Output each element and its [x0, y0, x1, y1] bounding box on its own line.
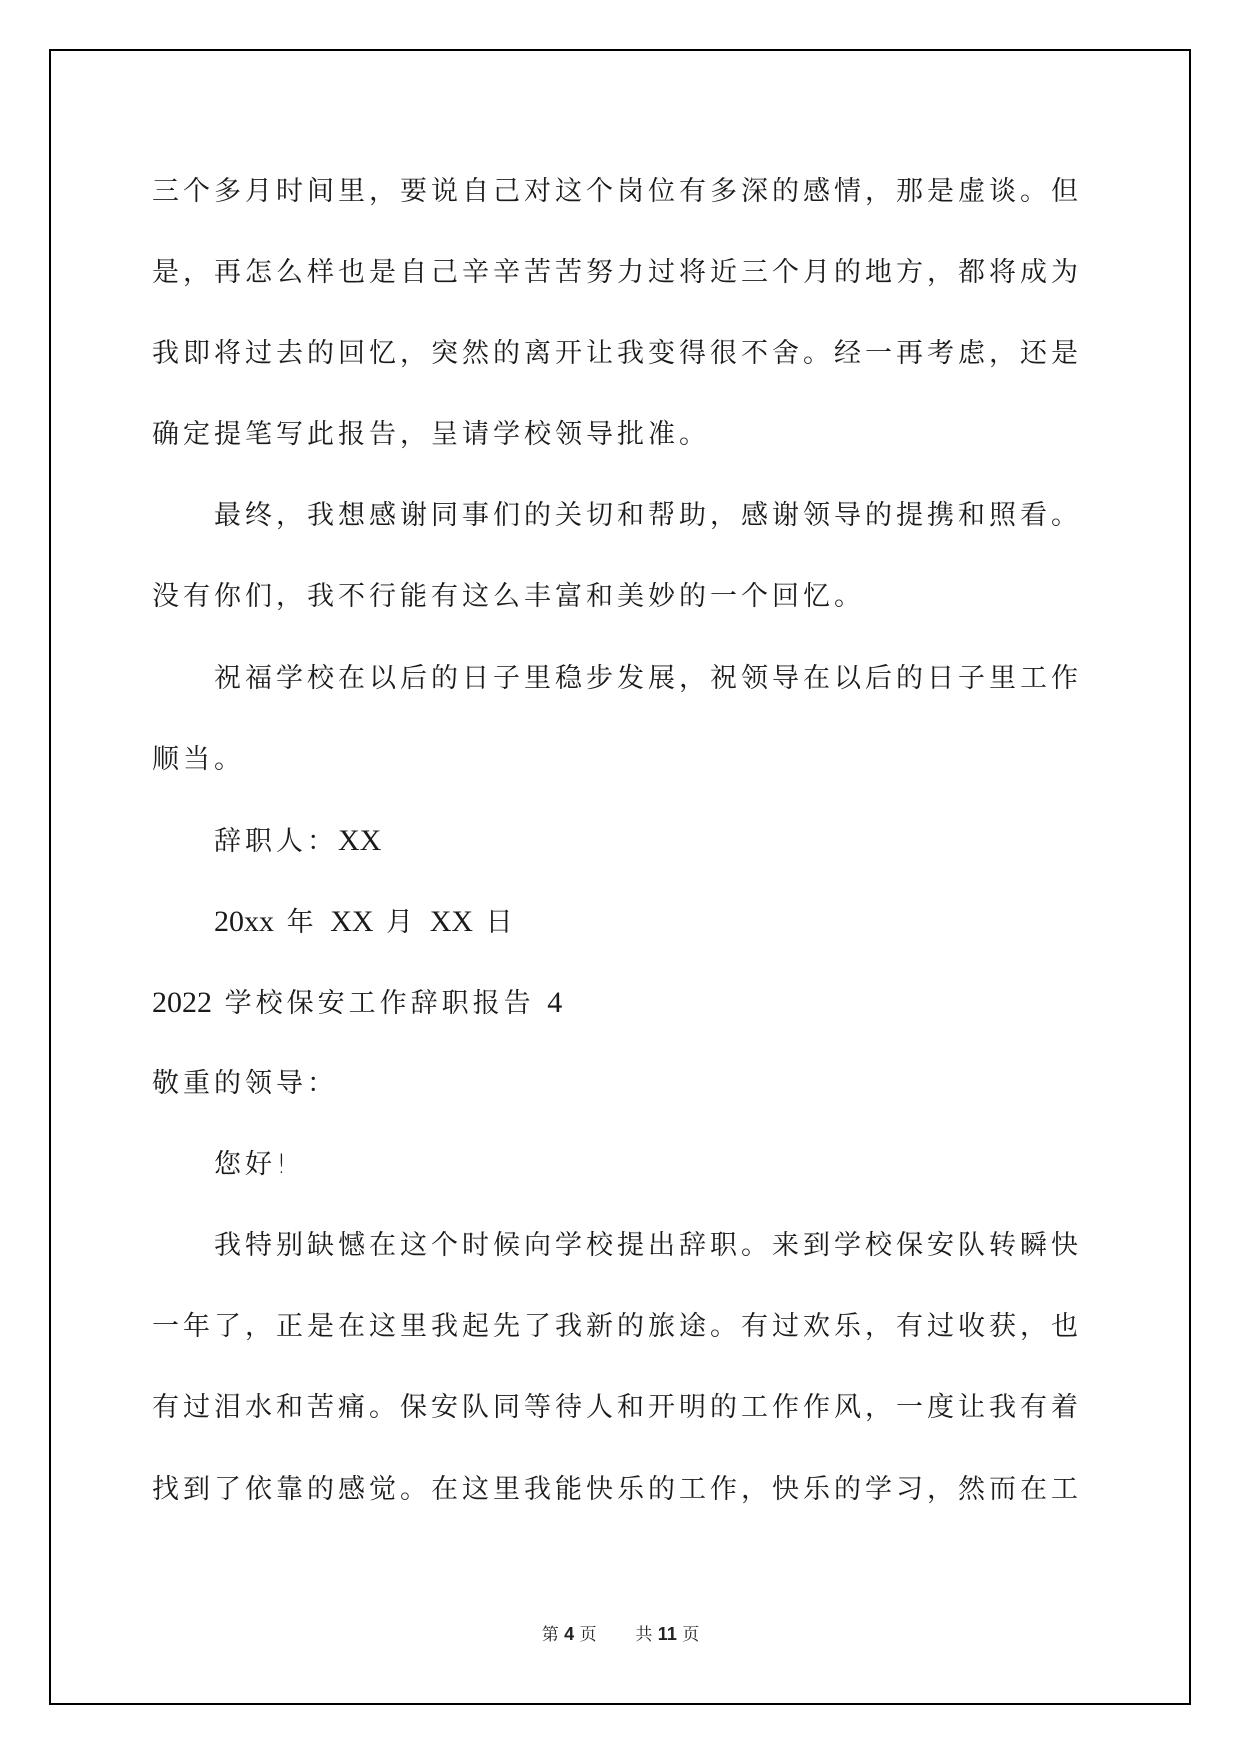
signature-name: XX [338, 824, 381, 857]
paragraph-line: 祝福学校在以后的日子里稳步发展，祝领导在以后的日子里工作 [152, 638, 1102, 719]
total-prefix: 共 [635, 1625, 652, 1645]
date-month: XX [330, 905, 373, 938]
section-title-number: 4 [547, 986, 562, 1019]
paragraph-line: 没有你们，我不行能有这么丰富和美妙的一个回忆。 [152, 556, 1102, 637]
signature-line: 辞职人：XX [152, 800, 1102, 881]
date-day: XX [430, 905, 473, 938]
date-line: 20xx 年 XX 月 XX 日 [152, 881, 1102, 962]
greeting: 您好! [152, 1124, 1102, 1205]
paragraph-line: 我特别缺憾在这个时候向学校提出辞职。来到学校保安队转瞬快 [152, 1205, 1102, 1286]
paragraph-line: 有过泪水和苦痛。保安队同等待人和开明的工作作风，一度让我有着 [152, 1367, 1102, 1448]
page-footer: 第 4 页 共 11 页 [0, 1620, 1241, 1645]
paragraph-line: 最终，我想感谢同事们的关切和帮助，感谢领导的提携和照看。 [152, 475, 1102, 556]
section-title-text: 学校保安工作辞职报告 [225, 988, 535, 1019]
paragraph-line: 确定提笔写此报告，呈请学校领导批准。 [152, 394, 1102, 475]
total-suffix: 页 [682, 1625, 699, 1645]
total-pages-number: 11 [658, 1624, 677, 1644]
signature-label: 辞职人： [214, 826, 338, 857]
paragraph-line: 三个多月时间里，要说自己对这个岗位有多深的感情，那是虚谈。但 [152, 151, 1102, 232]
paragraph-line: 顺当。 [152, 719, 1102, 800]
salutation: 敬重的领导： [152, 1043, 1102, 1124]
section-title: 2022 学校保安工作辞职报告 4 [152, 962, 1102, 1043]
section-title-year: 2022 [152, 986, 212, 1019]
date-month-unit: 月 [386, 907, 417, 938]
paragraph-line: 找到了依靠的感觉。在这里我能快乐的工作，快乐的学习，然而在工 [152, 1449, 1102, 1530]
paragraph-line: 是，再怎么样也是自己辛辛苦苦努力过将近三个月的地方，都将成为 [152, 232, 1102, 313]
document-body: 三个多月时间里，要说自己对这个岗位有多深的感情，那是虚谈。但 是，再怎么样也是自… [152, 151, 1102, 1530]
current-page-number: 4 [564, 1624, 574, 1644]
paragraph-line: 我即将过去的回忆，突然的离开让我变得很不舍。经一再考虑，还是 [152, 313, 1102, 394]
page-suffix: 页 [580, 1625, 597, 1645]
paragraph-line: 一年了，正是在这里我起先了我新的旅途。有过欢乐，有过收获，也 [152, 1286, 1102, 1367]
date-year-unit: 年 [287, 907, 318, 938]
date-year: 20xx [214, 905, 274, 938]
page-prefix: 第 [542, 1625, 559, 1645]
date-day-unit: 日 [486, 907, 517, 938]
